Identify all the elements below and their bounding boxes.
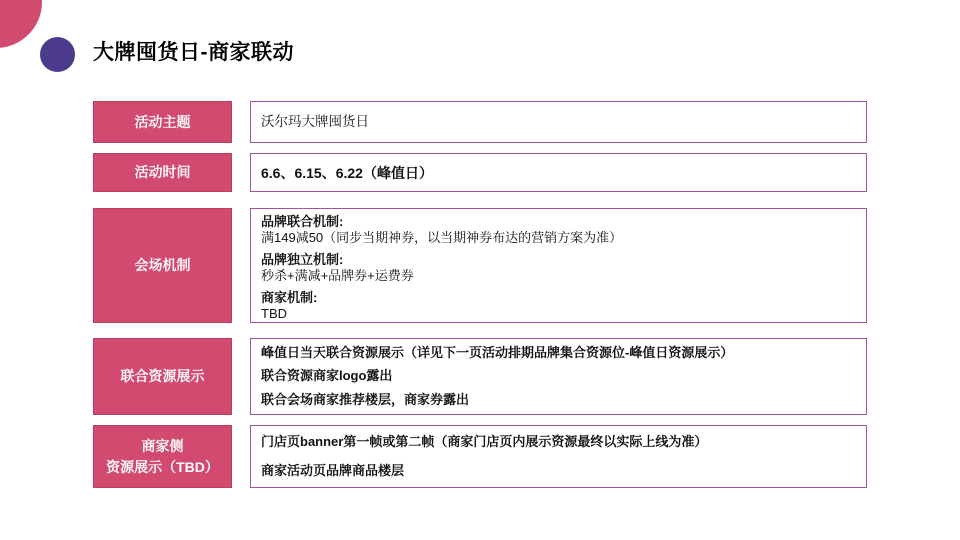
table-row-joint-resources: 联合资源展示 峰值日当天联合资源展示（详见下一页活动排期品牌集合资源位-峰值日资… <box>0 338 960 415</box>
row-label-merchant-resources: 商家侧 资源展示（TBD） <box>93 425 232 488</box>
content-line: TBD <box>261 306 856 322</box>
content-line: 门店页banner第一帧或第二帧（商家门店页内展示资源最终以实际上线为准） <box>261 434 856 450</box>
content-line: 6.6、6.15、6.22（峰值日） <box>261 165 856 181</box>
row-label-joint-resources: 联合资源展示 <box>93 338 232 415</box>
decor-purple-circle <box>40 37 75 72</box>
content-line: 商家机制: <box>261 290 856 306</box>
decor-pink-circle <box>0 0 42 48</box>
page-title: 大牌囤货日-商家联动 <box>93 36 294 66</box>
row-content-venue-mechanism: 品牌联合机制: 满149减50（同步当期神券，以当期神券布达的营销方案为准） 品… <box>250 208 867 323</box>
table-row-activity-theme: 活动主题 沃尔玛大牌囤货日 <box>0 101 960 143</box>
row-label-venue-mechanism: 会场机制 <box>93 208 232 323</box>
row-label-activity-theme: 活动主题 <box>93 101 232 143</box>
content-line: 满149减50（同步当期神券，以当期神券布达的营销方案为准） <box>261 230 856 246</box>
row-label-activity-time: 活动时间 <box>93 153 232 192</box>
content-line: 品牌独立机制: <box>261 252 856 268</box>
content-line: 联合会场商家推荐楼层，商家券露出 <box>261 392 856 408</box>
content-line: 联合资源商家logo露出 <box>261 368 856 384</box>
content-line: 秒杀+满减+品牌券+运费券 <box>261 268 856 284</box>
content-line: 商家活动页品牌商品楼层 <box>261 463 856 479</box>
presentation-slide: 大牌囤货日-商家联动 活动主题 沃尔玛大牌囤货日 活动时间 6.6、6.15、6… <box>0 0 960 540</box>
table-row-activity-time: 活动时间 6.6、6.15、6.22（峰值日） <box>0 153 960 192</box>
row-content-activity-time: 6.6、6.15、6.22（峰值日） <box>250 153 867 192</box>
content-line: 沃尔玛大牌囤货日 <box>261 114 856 130</box>
row-content-joint-resources: 峰值日当天联合资源展示（详见下一页活动排期品牌集合资源位-峰值日资源展示） 联合… <box>250 338 867 415</box>
content-line: 峰值日当天联合资源展示（详见下一页活动排期品牌集合资源位-峰值日资源展示） <box>261 345 856 361</box>
row-content-merchant-resources: 门店页banner第一帧或第二帧（商家门店页内展示资源最终以实际上线为准） 商家… <box>250 425 867 488</box>
content-line: 品牌联合机制: <box>261 214 856 230</box>
row-content-activity-theme: 沃尔玛大牌囤货日 <box>250 101 867 143</box>
table-row-merchant-resources: 商家侧 资源展示（TBD） 门店页banner第一帧或第二帧（商家门店页内展示资… <box>0 425 960 488</box>
table-row-venue-mechanism: 会场机制 品牌联合机制: 满149减50（同步当期神券，以当期神券布达的营销方案… <box>0 208 960 323</box>
